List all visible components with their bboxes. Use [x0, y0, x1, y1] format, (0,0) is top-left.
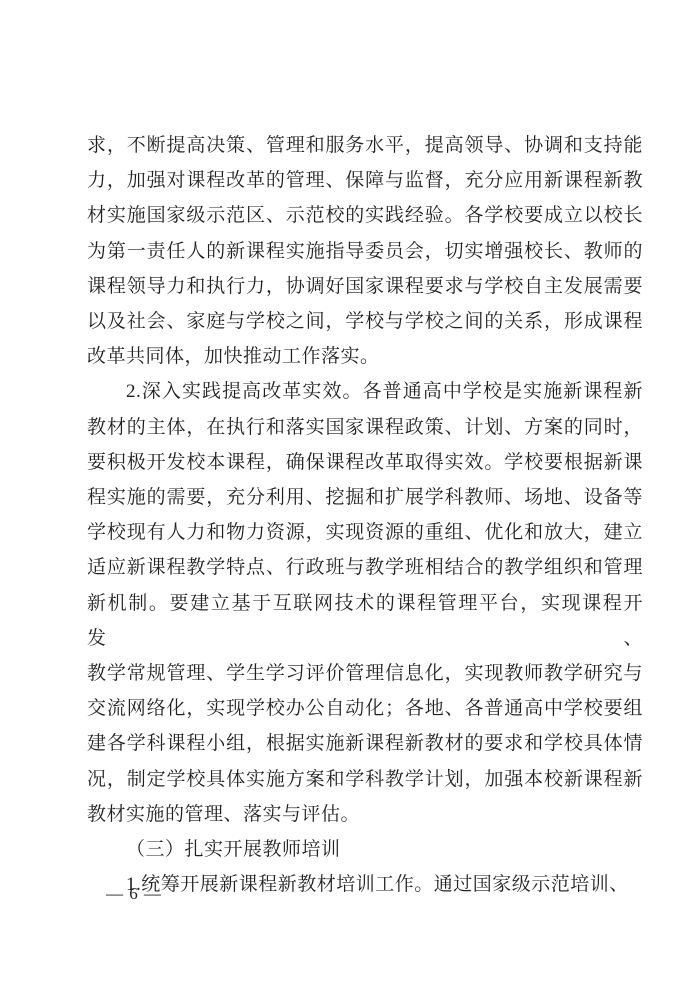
text-line: 要积极开发校本课程，确保课程改革取得实效。学校要根据新课	[87, 445, 643, 480]
text-line: 教学常规管理、学生学习评价管理信息化，实现教师教学研究与	[87, 656, 643, 691]
text-line: 建各学科课程小组，根据实施新课程新教材的要求和学校具体情	[87, 726, 643, 761]
text-line: 交流网络化，实现学校办公自动化；各地、各普通高中学校要组	[87, 691, 643, 726]
text-line: 新机制。要建立基于互联网技术的课程管理平台，实现课程开发、	[87, 586, 643, 656]
text-line: 1.统筹开展新课程新教材培训工作。通过国家级示范培训、	[87, 867, 643, 902]
text-line: 改革共同体，加快推动工作落实。	[87, 339, 643, 374]
document-page: 求，不断提高决策、管理和服务水平，提高领导、协调和支持能力，加强对课程改革的管理…	[0, 0, 699, 988]
document-text-block: 求，不断提高决策、管理和服务水平，提高领导、协调和支持能力，加强对课程改革的管理…	[87, 128, 643, 902]
text-line: 为第一责任人的新课程实施指导委员会，切实增强校长、教师的	[87, 234, 643, 269]
text-line: 求，不断提高决策、管理和服务水平，提高领导、协调和支持能	[87, 128, 643, 163]
text-line: 教材的主体，在执行和落实国家课程政策、计划、方案的同时，	[87, 410, 643, 445]
text-line: 教材实施的管理、落实与评估。	[87, 797, 643, 832]
text-line: 况，制定学校具体实施方案和学科教学计划，加强本校新课程新	[87, 762, 643, 797]
text-line: 2.深入实践提高改革实效。各普通高中学校是实施新课程新	[87, 374, 643, 409]
text-line: 以及社会、家庭与学校之间，学校与学校之间的关系，形成课程	[87, 304, 643, 339]
text-line: 学校现有人力和物力资源，实现资源的重组、优化和放大，建立	[87, 515, 643, 550]
section-heading: （三）扎实开展教师培训	[87, 832, 643, 867]
page-number: — 6 —	[106, 883, 162, 905]
text-line: 适应新课程教学特点、行政班与教学班相结合的教学组织和管理	[87, 550, 643, 585]
text-line: 力，加强对课程改革的管理、保障与监督，充分应用新课程新教	[87, 163, 643, 198]
text-line: 程实施的需要，充分利用、挖掘和扩展学科教师、场地、设备等	[87, 480, 643, 515]
text-line: 材实施国家级示范区、示范校的实践经验。各学校要成立以校长	[87, 198, 643, 233]
text-line: 课程领导力和执行力，协调好国家课程要求与学校自主发展需要	[87, 269, 643, 304]
